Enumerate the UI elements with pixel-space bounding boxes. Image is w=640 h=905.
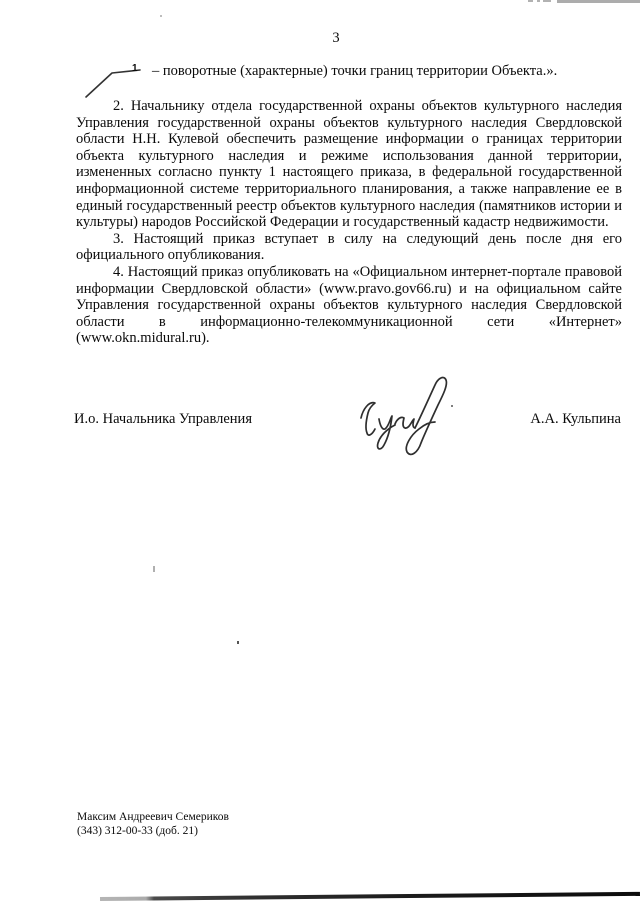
executor-phone: (343) 312-00-33 (доб. 21)	[77, 824, 229, 838]
top-right-scan-line-artifact	[557, 0, 640, 3]
footnote-definition-text: – поворотные (характерные) точки границ …	[152, 63, 557, 80]
handwritten-signature	[354, 374, 459, 466]
scan-speck	[237, 641, 239, 644]
signatory-position: И.о. Начальника Управления	[74, 411, 252, 428]
footnote-marker: 1	[132, 63, 138, 74]
bottom-scan-line-artifact	[100, 892, 640, 901]
order-paragraph-4: 4. Настоящий приказ опубликовать на «Офи…	[76, 264, 622, 347]
executor-name: Максим Андреевич Семериков	[77, 810, 229, 824]
executor-contact-block: Максим Андреевич Семериков (343) 312-00-…	[77, 810, 229, 838]
scan-speck	[153, 566, 155, 572]
page-number: 3	[76, 30, 596, 47]
signatory-name: А.А. Кульпина	[530, 411, 621, 428]
order-paragraph-2: 2. Начальнику отдела государственной охр…	[76, 98, 622, 231]
order-body-text: 2. Начальнику отдела государственной охр…	[76, 98, 622, 347]
scan-speck	[528, 0, 533, 2]
order-paragraph-3: 3. Настоящий приказ вступает в силу на с…	[76, 231, 622, 264]
scan-speck	[160, 15, 162, 17]
scan-speck	[537, 0, 540, 2]
document-page: 3 1 – поворотные (характерные) точки гра…	[0, 0, 640, 905]
scan-speck	[543, 0, 551, 2]
